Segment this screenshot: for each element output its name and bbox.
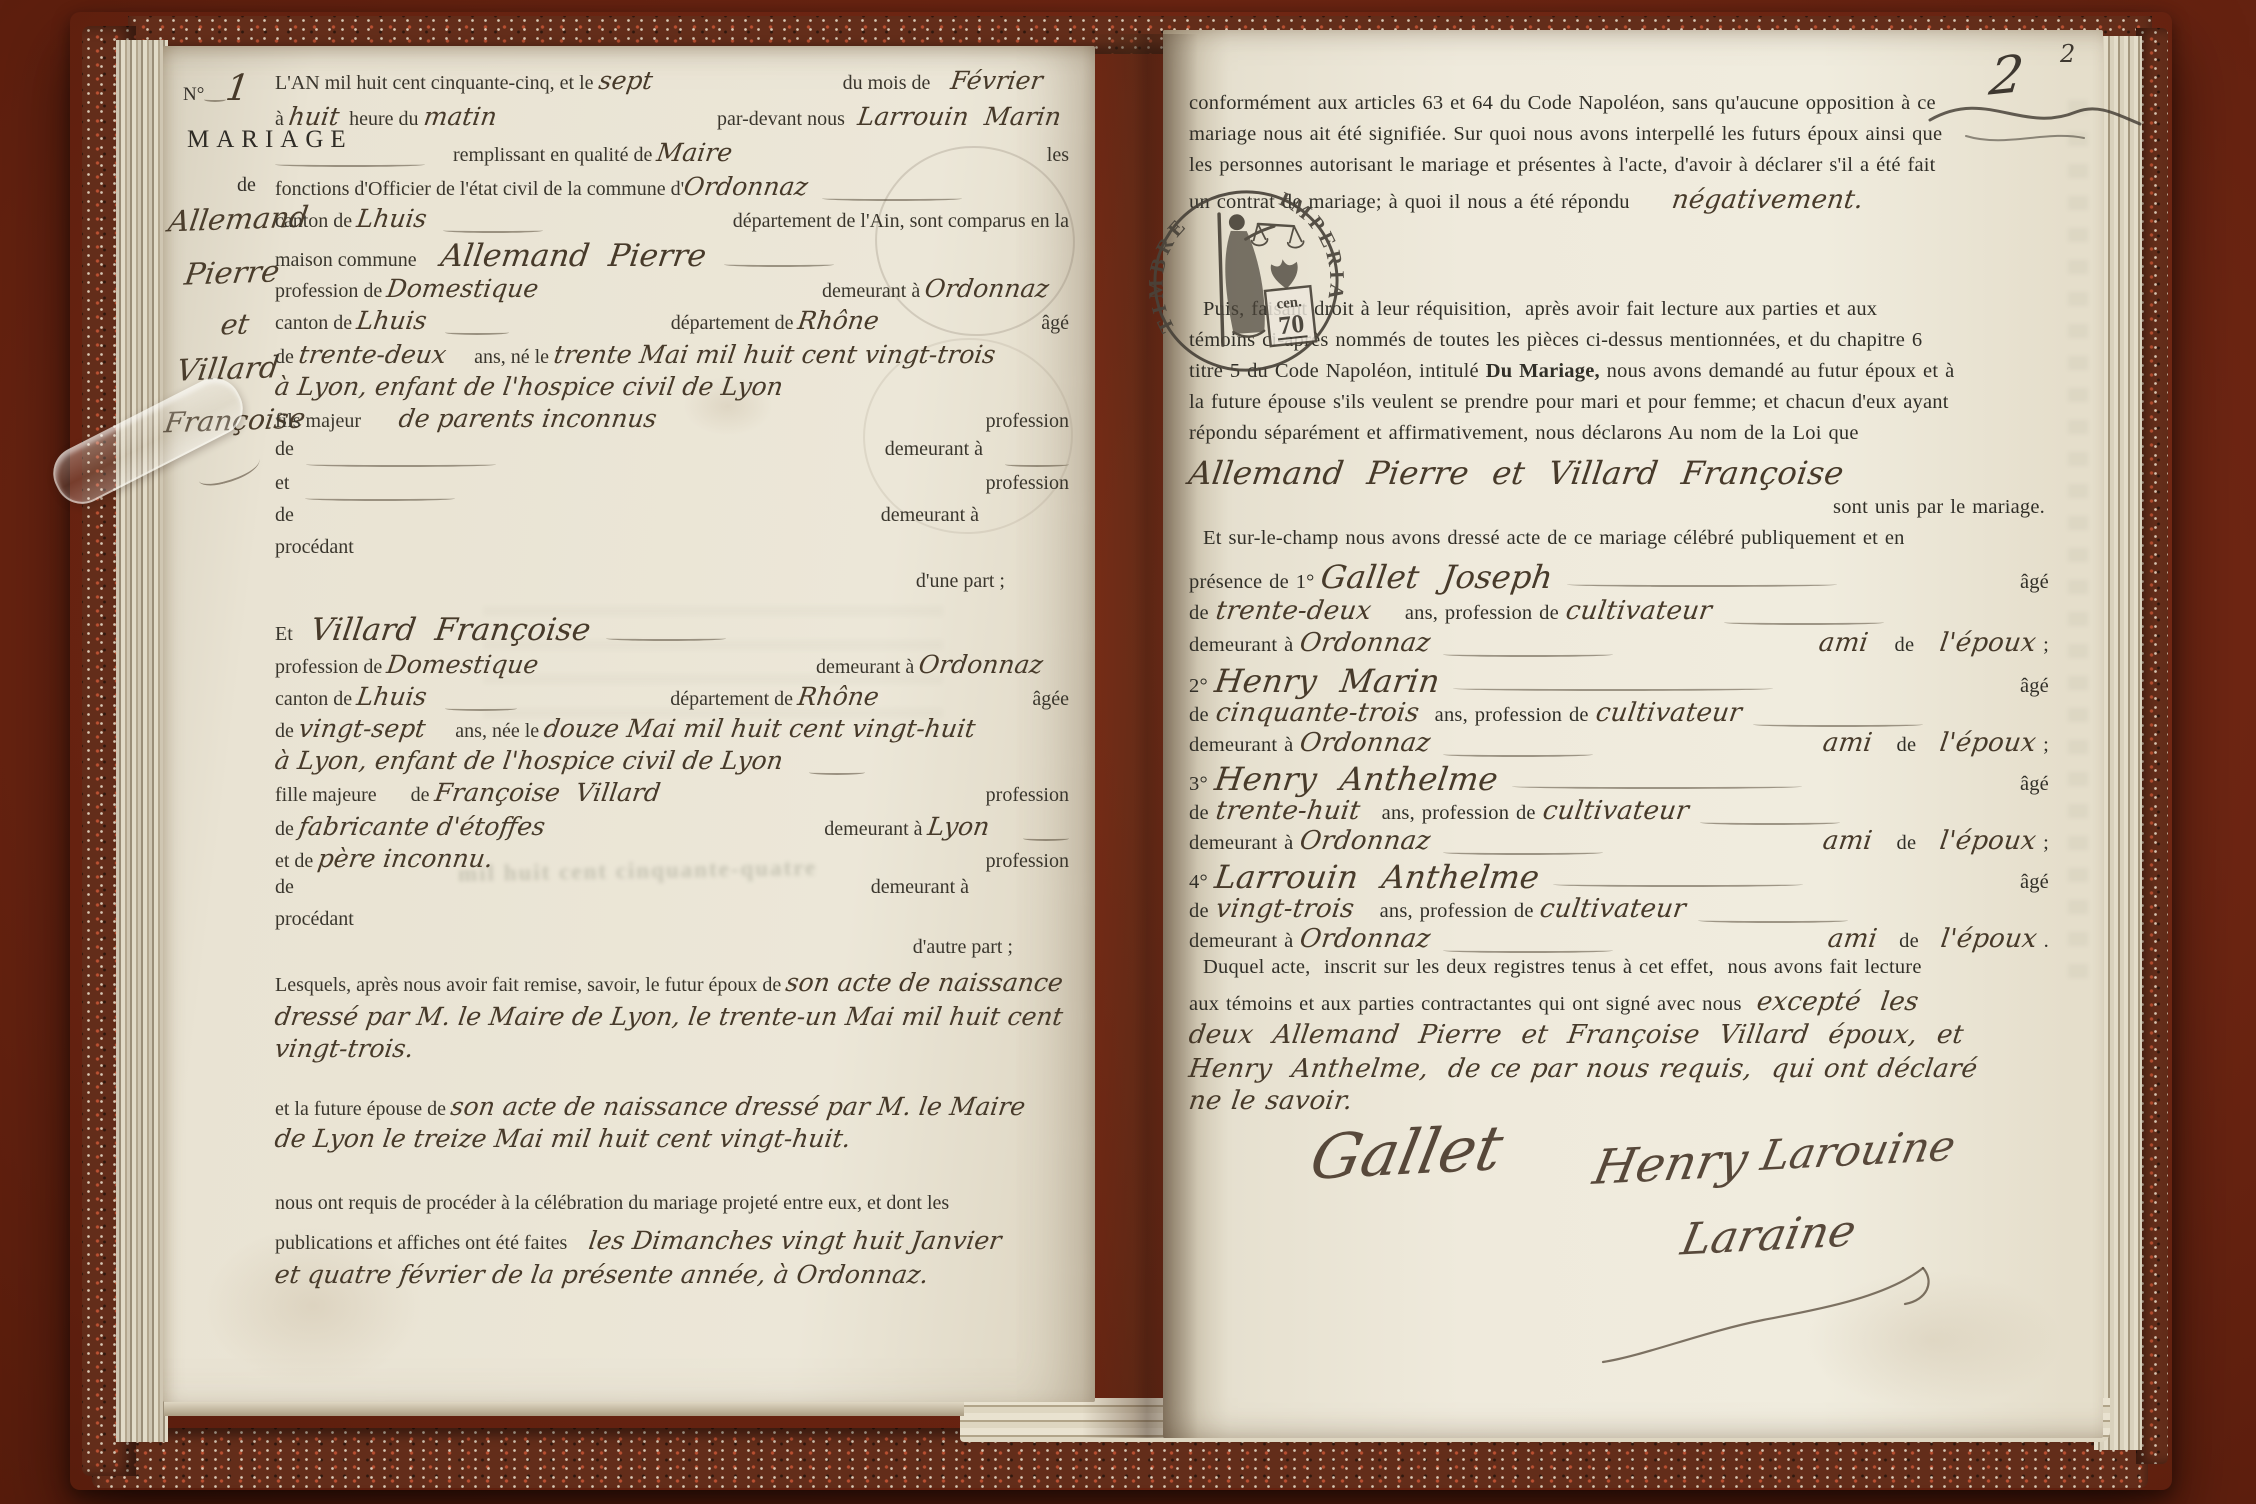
handwritten-text: Ordonnaz: [1298, 728, 1433, 758]
handwritten-text: l'époux: [1939, 924, 2039, 954]
form-line: 4° Larrouin Anthelmeâgé: [1189, 858, 2049, 894]
printed-text: département de: [671, 312, 799, 335]
printed-text: de: [1897, 734, 1917, 757]
ink-rule-line: [1023, 836, 1069, 841]
form-line: et de père inconnu.profession: [275, 844, 1069, 880]
form-line: demeurant à Ordonnazamidel'époux ;: [1189, 728, 2049, 764]
ink-rule-line: [1453, 686, 1773, 691]
book-scan: { "corner": { "page_number_big": "2", "p…: [0, 0, 2256, 1504]
printed-text: demeurant à: [816, 656, 919, 679]
handwritten-text: ami: [1826, 924, 1879, 954]
form-line: procédant: [275, 536, 1069, 572]
printed-text: ;: [2036, 634, 2049, 657]
handwritten-text: Larrouin Marin: [856, 102, 1063, 131]
printed-text: du mois de: [843, 72, 936, 95]
handwritten-text: Lhuis: [355, 204, 429, 233]
ink-rule-line: [606, 636, 726, 641]
page-number-superscript: 2: [2060, 40, 2075, 68]
printed-text: la future épouse s'ils veulent se prendr…: [1189, 391, 1949, 414]
handwritten-text: Lhuis: [355, 682, 429, 711]
margin-name: et: [219, 308, 252, 342]
handwritten-text: l'époux: [1938, 826, 2038, 856]
form-line: remplissant en qualité de Maireles: [275, 138, 1069, 174]
signature: Laraine: [1677, 1206, 1860, 1266]
printed-text: et de: [275, 850, 318, 873]
signature: Larouine: [1757, 1121, 1960, 1180]
printed-text: 2°: [1189, 675, 1215, 698]
printed-text: procédant: [275, 908, 354, 931]
printed-text: Et sur-le-champ nous avons dressé acte d…: [1189, 527, 1905, 550]
handwritten-text: Rhône: [796, 306, 881, 335]
form-line: 3° Henry Anthelmeâgé: [1189, 760, 2049, 796]
printed-text: aux témoins et aux parties contractantes…: [1189, 993, 1749, 1016]
handwritten-text: Ordonnaz: [917, 650, 1045, 679]
printed-text: les personnes autorisant le mariage et p…: [1189, 154, 1936, 177]
printed-text: publications et affiches ont été faites: [275, 1232, 567, 1255]
handwritten-text: cultivateur: [1538, 894, 1688, 924]
printed-text: présence de 1°: [1189, 571, 1321, 594]
form-line: canton de Lhuisdépartement de Rhôneâgée: [275, 682, 1069, 718]
handwritten-text: Gallet Joseph: [1319, 558, 1556, 596]
handwritten-text: fabricante d'étoffes: [297, 812, 547, 841]
printed-text: nous ont requis de procéder à la célébra…: [275, 1192, 949, 1215]
handwritten-text: à Lyon, enfant de l'hospice civil de Lyo…: [273, 372, 785, 401]
ink-rule-line: [1512, 784, 1802, 789]
handwritten-text: huit: [287, 102, 341, 131]
printed-text: L'AN mil huit cent cinquante-cinq, et le: [275, 72, 599, 95]
form-line: dedemeurant à: [275, 504, 1069, 540]
ink-rule-line: [1443, 752, 1593, 757]
form-line: de vingt-septans, née le douze Mai mil h…: [275, 714, 1069, 750]
printed-text: profession: [986, 410, 1069, 433]
printed-text: sont unis par le mariage.: [1833, 496, 2045, 519]
printed-text: demeurant à: [822, 280, 925, 303]
handwritten-text: Allemand Pierre et Villard Françoise: [1186, 454, 1846, 492]
ink-rule-line: [724, 262, 834, 267]
stamp-value: 70: [1277, 309, 1306, 341]
printed-text: remplissant en qualité de: [453, 144, 657, 167]
ink-rule-line: [1443, 652, 1613, 657]
printed-text: d'autre part ;: [913, 936, 1013, 959]
printed-text-bold: Du Mariage,: [1486, 360, 1600, 383]
handwritten-text: de parents inconnus: [397, 404, 659, 433]
printed-text: procédant: [275, 536, 354, 559]
printed-text: profession de: [275, 656, 387, 679]
ink-rule-line: [1443, 850, 1603, 855]
printed-text: mariage nous ait été signifiée. Sur quoi…: [1189, 123, 1942, 146]
printed-text: de: [411, 784, 435, 807]
handwritten-text: matin: [422, 102, 499, 131]
handwritten-text: cultivateur: [1564, 596, 1714, 626]
printed-text: d'une part ;: [916, 570, 1005, 593]
ink-rule-line: [1443, 948, 1613, 953]
handwritten-text: son acte de naissance: [784, 968, 1065, 997]
handwritten-text: Henry Anthelme: [1212, 760, 1500, 798]
printed-text: de: [275, 876, 294, 899]
form-line: dressé par M. le Maire de Lyon, le trent…: [275, 1002, 1069, 1038]
handwritten-text: l'époux: [1938, 728, 2038, 758]
form-line: à Lyon, enfant de l'hospice civil de Lyo…: [275, 372, 1069, 408]
margin-de-label: de: [237, 174, 256, 197]
handwritten-text: Henry Marin: [1212, 662, 1442, 700]
form-line: ne le savoir.: [1189, 1086, 2049, 1122]
printed-text: par-devant nous: [717, 108, 850, 131]
form-line: de trente-deuxans, né le trente Mai mil …: [275, 340, 1069, 376]
printed-text: département de: [670, 688, 798, 711]
handwritten-text: négativement.: [1670, 185, 1865, 215]
form-line: L'AN mil huit cent cinquante-cinq, et le…: [275, 66, 1069, 102]
printed-text: fonctions d'Officier de l'état civil de …: [275, 178, 684, 201]
form-line: 2° Henry Marinâgé: [1189, 662, 2049, 698]
handwritten-text: ami: [1817, 628, 1870, 658]
printed-text: ans, profession de: [1405, 602, 1566, 625]
handwritten-text: cultivateur: [1593, 698, 1743, 728]
handwritten-text: vingt-trois.: [273, 1034, 416, 1063]
form-line: et la future épouse de son acte de naiss…: [275, 1092, 1069, 1128]
handwritten-text: Février: [949, 66, 1045, 95]
handwritten-text: cultivateur: [1540, 796, 1690, 826]
form-line: fils majeurde parents inconnusprofession: [275, 404, 1069, 440]
ink-rule-line: [822, 196, 962, 201]
handwritten-text: Ordonnaz: [923, 274, 1051, 303]
handwritten-text: Ordonnaz: [682, 172, 810, 201]
printed-text: ans, profession de: [1435, 704, 1596, 727]
handwritten-text: son acte de naissance dressé par M. le M…: [449, 1092, 1027, 1121]
printed-text: âgé: [1041, 312, 1069, 335]
handwritten-text: vingt-sept: [297, 714, 427, 743]
handwritten-text: excepté les: [1754, 987, 1920, 1017]
printed-text: répondu séparément et affirmativement, n…: [1189, 422, 1859, 445]
printed-text: conformément aux articles 63 et 64 du Co…: [1189, 92, 1936, 115]
printed-text: de: [1189, 802, 1216, 825]
ink-rule-line: [445, 330, 509, 335]
handwritten-text: trente-huit: [1213, 796, 1361, 826]
form-line: deux Allemand Pierre et Françoise Villar…: [1189, 1020, 2049, 1056]
handwritten-text: Lhuis: [355, 306, 429, 335]
handwritten-text: Maire: [655, 138, 734, 167]
printed-text: demeurant à: [1189, 832, 1300, 855]
page-stack-left-edge: [116, 40, 168, 1442]
printed-text: de: [1189, 704, 1216, 727]
printed-text: demeurant à: [885, 438, 983, 461]
handwritten-text: Lyon: [926, 812, 992, 841]
handwritten-text: père inconnu.: [316, 844, 495, 873]
printed-text: 3°: [1189, 773, 1215, 796]
ink-rule-line: [1724, 620, 1884, 625]
form-line: canton de Lhuisdépartement de Rhôneâgé: [275, 306, 1069, 342]
handwritten-text: Allemand Pierre: [438, 238, 708, 274]
ink-rule-line: [809, 770, 865, 775]
form-line: fille majeurede Françoise Villardprofess…: [275, 778, 1069, 814]
printed-text: et la future épouse de: [275, 1098, 451, 1121]
form-line: Allemand Pierre et Villard Françoise: [1189, 454, 2049, 490]
printed-text: canton de: [275, 312, 357, 335]
printed-text: ans, profession de: [1380, 900, 1541, 923]
printed-text: de: [1897, 832, 1917, 855]
printed-text: canton de: [275, 688, 357, 711]
form-line: et quatre février de la présente année, …: [275, 1260, 1069, 1296]
handwritten-text: les Dimanches vingt huit Janvier: [587, 1226, 1003, 1255]
form-line: Lesquels, après nous avoir fait remise, …: [275, 968, 1069, 1004]
form-line: etprofession: [275, 472, 1069, 508]
printed-text: de: [1189, 900, 1216, 923]
signature: Gallet: [1305, 1111, 1509, 1194]
handwritten-text: Ordonnaz: [1298, 826, 1433, 856]
form-line: à Lyon, enfant de l'hospice civil de Lyo…: [275, 746, 1069, 782]
printed-text: profession: [986, 850, 1069, 873]
handwritten-text: Ordonnaz: [1298, 628, 1433, 658]
printed-text: ;: [2036, 734, 2049, 757]
eagle-icon: [1270, 258, 1300, 290]
printed-text: demeurant à: [824, 818, 927, 841]
printed-text: nous avons demandé au futur époux et à: [1600, 360, 1955, 383]
printed-text: de: [1189, 602, 1216, 625]
form-line: à huit heure du matinpar-devant nous Lar…: [275, 102, 1069, 138]
form-line: nous ont requis de procéder à la célébra…: [275, 1192, 1069, 1228]
ink-rule-line: [443, 228, 543, 233]
bleedthrough-patch: [2068, 100, 2088, 980]
margin-name: Pierre: [182, 254, 281, 292]
printed-text: âgé: [2020, 571, 2049, 594]
page-number-value: 2: [1987, 44, 2027, 107]
printed-text: de: [275, 720, 299, 743]
handwritten-text: de Lyon le treize Mai mil huit cent ving…: [273, 1124, 853, 1153]
act-number-value: 1: [223, 68, 252, 109]
ink-rule-line: [1700, 820, 1840, 825]
page-bottom-edge-left: [164, 1400, 964, 1416]
form-line: fonctions d'Officier de l'état civil de …: [275, 172, 1069, 208]
printed-text: maison commune: [275, 249, 417, 272]
printed-text: profession de: [275, 280, 387, 303]
handwritten-text: Henry Anthelme, de ce par nous requis, q…: [1187, 1054, 1979, 1084]
form-line: demeurant à Ordonnazamidel'époux .: [1189, 924, 2049, 960]
form-line: d'une part ;: [275, 570, 1069, 606]
printed-text: profession: [986, 472, 1069, 495]
ink-rule-line: [1005, 462, 1069, 467]
handwritten-text: Domestique: [385, 274, 540, 303]
handwritten-text: deux Allemand Pierre et Françoise Villar…: [1187, 1020, 1966, 1050]
form-line: aux témoins et aux parties contractantes…: [1189, 987, 2049, 1023]
form-line: de fabricante d'étoffesdemeurant à Lyon: [275, 812, 1069, 848]
form-line: présence de 1° Gallet Josephâgé: [1189, 558, 2049, 594]
printed-text: et: [275, 472, 289, 495]
form-line: profession de Domestiquedemeurant à Ordo…: [275, 274, 1069, 310]
page-number-flourish: [1926, 78, 2146, 158]
printed-text: âgé: [2020, 773, 2049, 796]
form-line: de Lyon le treize Mai mil huit cent ving…: [275, 1124, 1069, 1160]
act-number-row: N° 1: [183, 68, 249, 109]
handwritten-text: ami: [1821, 826, 1874, 856]
printed-text: de: [275, 818, 299, 841]
form-line: publications et affiches ont été faitesl…: [275, 1226, 1069, 1262]
printed-text: les: [1047, 144, 1069, 167]
handwritten-text: Ordonnaz: [1298, 924, 1433, 954]
printed-text: de: [275, 438, 294, 461]
margin-flourish: [195, 451, 263, 490]
handwritten-text: Larrouin Anthelme: [1212, 858, 1542, 896]
handwritten-text: cinquante-trois: [1213, 698, 1420, 728]
handwritten-text: vingt-trois: [1213, 894, 1355, 924]
printed-text: .: [2037, 930, 2049, 953]
printed-text: demeurant à: [1189, 734, 1300, 757]
printed-text: Et: [275, 623, 293, 646]
act-number-label: N°: [183, 84, 204, 106]
form-line: profession de Domestiquedemeurant à Ordo…: [275, 650, 1069, 686]
handwritten-text: trente-deux: [1213, 596, 1372, 626]
handwritten-text: Rhône: [796, 682, 881, 711]
handwritten-text: sept: [596, 66, 654, 95]
printed-text: demeurant à: [871, 876, 969, 899]
ink-rule-line: [1553, 882, 1803, 887]
printed-text: ;: [2036, 832, 2049, 855]
printed-text: âgé: [2020, 675, 2049, 698]
handwritten-text: trente Mai mil huit cent vingt-trois: [552, 340, 998, 369]
stamp-pedestal: cen. 70: [1265, 286, 1316, 346]
printed-text: Lesquels, après nous avoir fait remise, …: [275, 974, 786, 997]
signature-flourish: [1583, 1260, 2003, 1370]
form-line: de trente-deuxans, profession de cultiva…: [1189, 596, 2049, 632]
printed-text: âgé: [2020, 871, 2049, 894]
timbre-imperial-stamp: TIMBRE IMPERIAL. cen. 70: [1137, 172, 1355, 390]
printed-text: de: [275, 504, 294, 527]
form-line: canton de Lhuisdépartement de l'Ain, son…: [275, 204, 1069, 240]
printed-text: demeurant à: [881, 504, 979, 527]
handwritten-text: Françoise Villard: [432, 778, 661, 807]
left-page: N° 1 MARIAGE de AllemandPierreetVillardF…: [163, 46, 1095, 1402]
form-line: demeurant à Ordonnazamidel'époux ;: [1189, 628, 2049, 664]
printed-text: ans, profession de: [1382, 802, 1543, 825]
handwritten-text: Domestique: [385, 650, 540, 679]
printed-text: fils majeur: [275, 410, 361, 433]
form-line: Henry Anthelme, de ce par nous requis, q…: [1189, 1054, 2049, 1090]
printed-text: profession: [986, 784, 1069, 807]
printed-text: fille majeure: [275, 784, 377, 807]
handwritten-text: dressé par M. le Maire de Lyon, le trent…: [273, 1002, 1065, 1031]
ink-rule-line: [1753, 722, 1923, 727]
handwritten-text: l'époux: [1938, 628, 2038, 658]
printed-text: canton de: [275, 210, 357, 233]
handwritten-text: ne le savoir.: [1187, 1086, 1355, 1116]
form-line: vingt-trois.: [275, 1034, 1069, 1070]
printed-text: de: [1895, 634, 1915, 657]
ink-rule-line: [445, 706, 517, 711]
ink-line: [204, 97, 226, 102]
printed-text: demeurant à: [1189, 634, 1300, 657]
form-line: dedemeurant à: [275, 876, 1069, 912]
ink-rule-line: [306, 462, 496, 467]
printed-text: âgée: [1032, 688, 1069, 711]
handwritten-text: à Lyon, enfant de l'hospice civil de Lyo…: [273, 746, 785, 775]
handwritten-text: ami: [1821, 728, 1874, 758]
form-line: EtVillard Françoise: [275, 612, 1069, 648]
printed-text: ans, né le: [474, 346, 554, 369]
handwritten-text: et quatre février de la présente année, …: [273, 1260, 930, 1289]
handwritten-text: douze Mai mil huit cent vingt-huit: [542, 714, 977, 743]
printed-text: de: [1899, 930, 1919, 953]
form-line: dedemeurant à: [275, 438, 1069, 474]
printed-text: ans, née le: [455, 720, 544, 743]
page-number-corner: 2 2: [1952, 44, 2122, 174]
printed-text: demeurant à: [1189, 930, 1300, 953]
ink-rule-line: [1698, 918, 1848, 923]
ink-rule-line: [1567, 582, 1837, 587]
ink-rule-line: [305, 496, 455, 501]
form-line: répondu séparément et affirmativement, n…: [1189, 422, 2049, 458]
printed-text: département de l'Ain, sont comparus en l…: [733, 210, 1069, 233]
handwritten-text: Villard Françoise: [308, 612, 592, 648]
printed-text: 4°: [1189, 871, 1215, 894]
form-line: maison communeAllemand Pierre: [275, 238, 1069, 274]
printed-text: Duquel acte, inscrit sur les deux regist…: [1189, 956, 1922, 979]
printed-text: de: [275, 346, 299, 369]
printed-text: heure du: [339, 108, 423, 131]
handwritten-text: trente-deux: [297, 340, 448, 369]
signature: Henry: [1589, 1132, 1753, 1196]
form-line: d'autre part ;: [275, 936, 1069, 972]
form-line: demeurant à Ordonnazamidel'époux ;: [1189, 826, 2049, 862]
ink-rule-line: [275, 162, 425, 167]
